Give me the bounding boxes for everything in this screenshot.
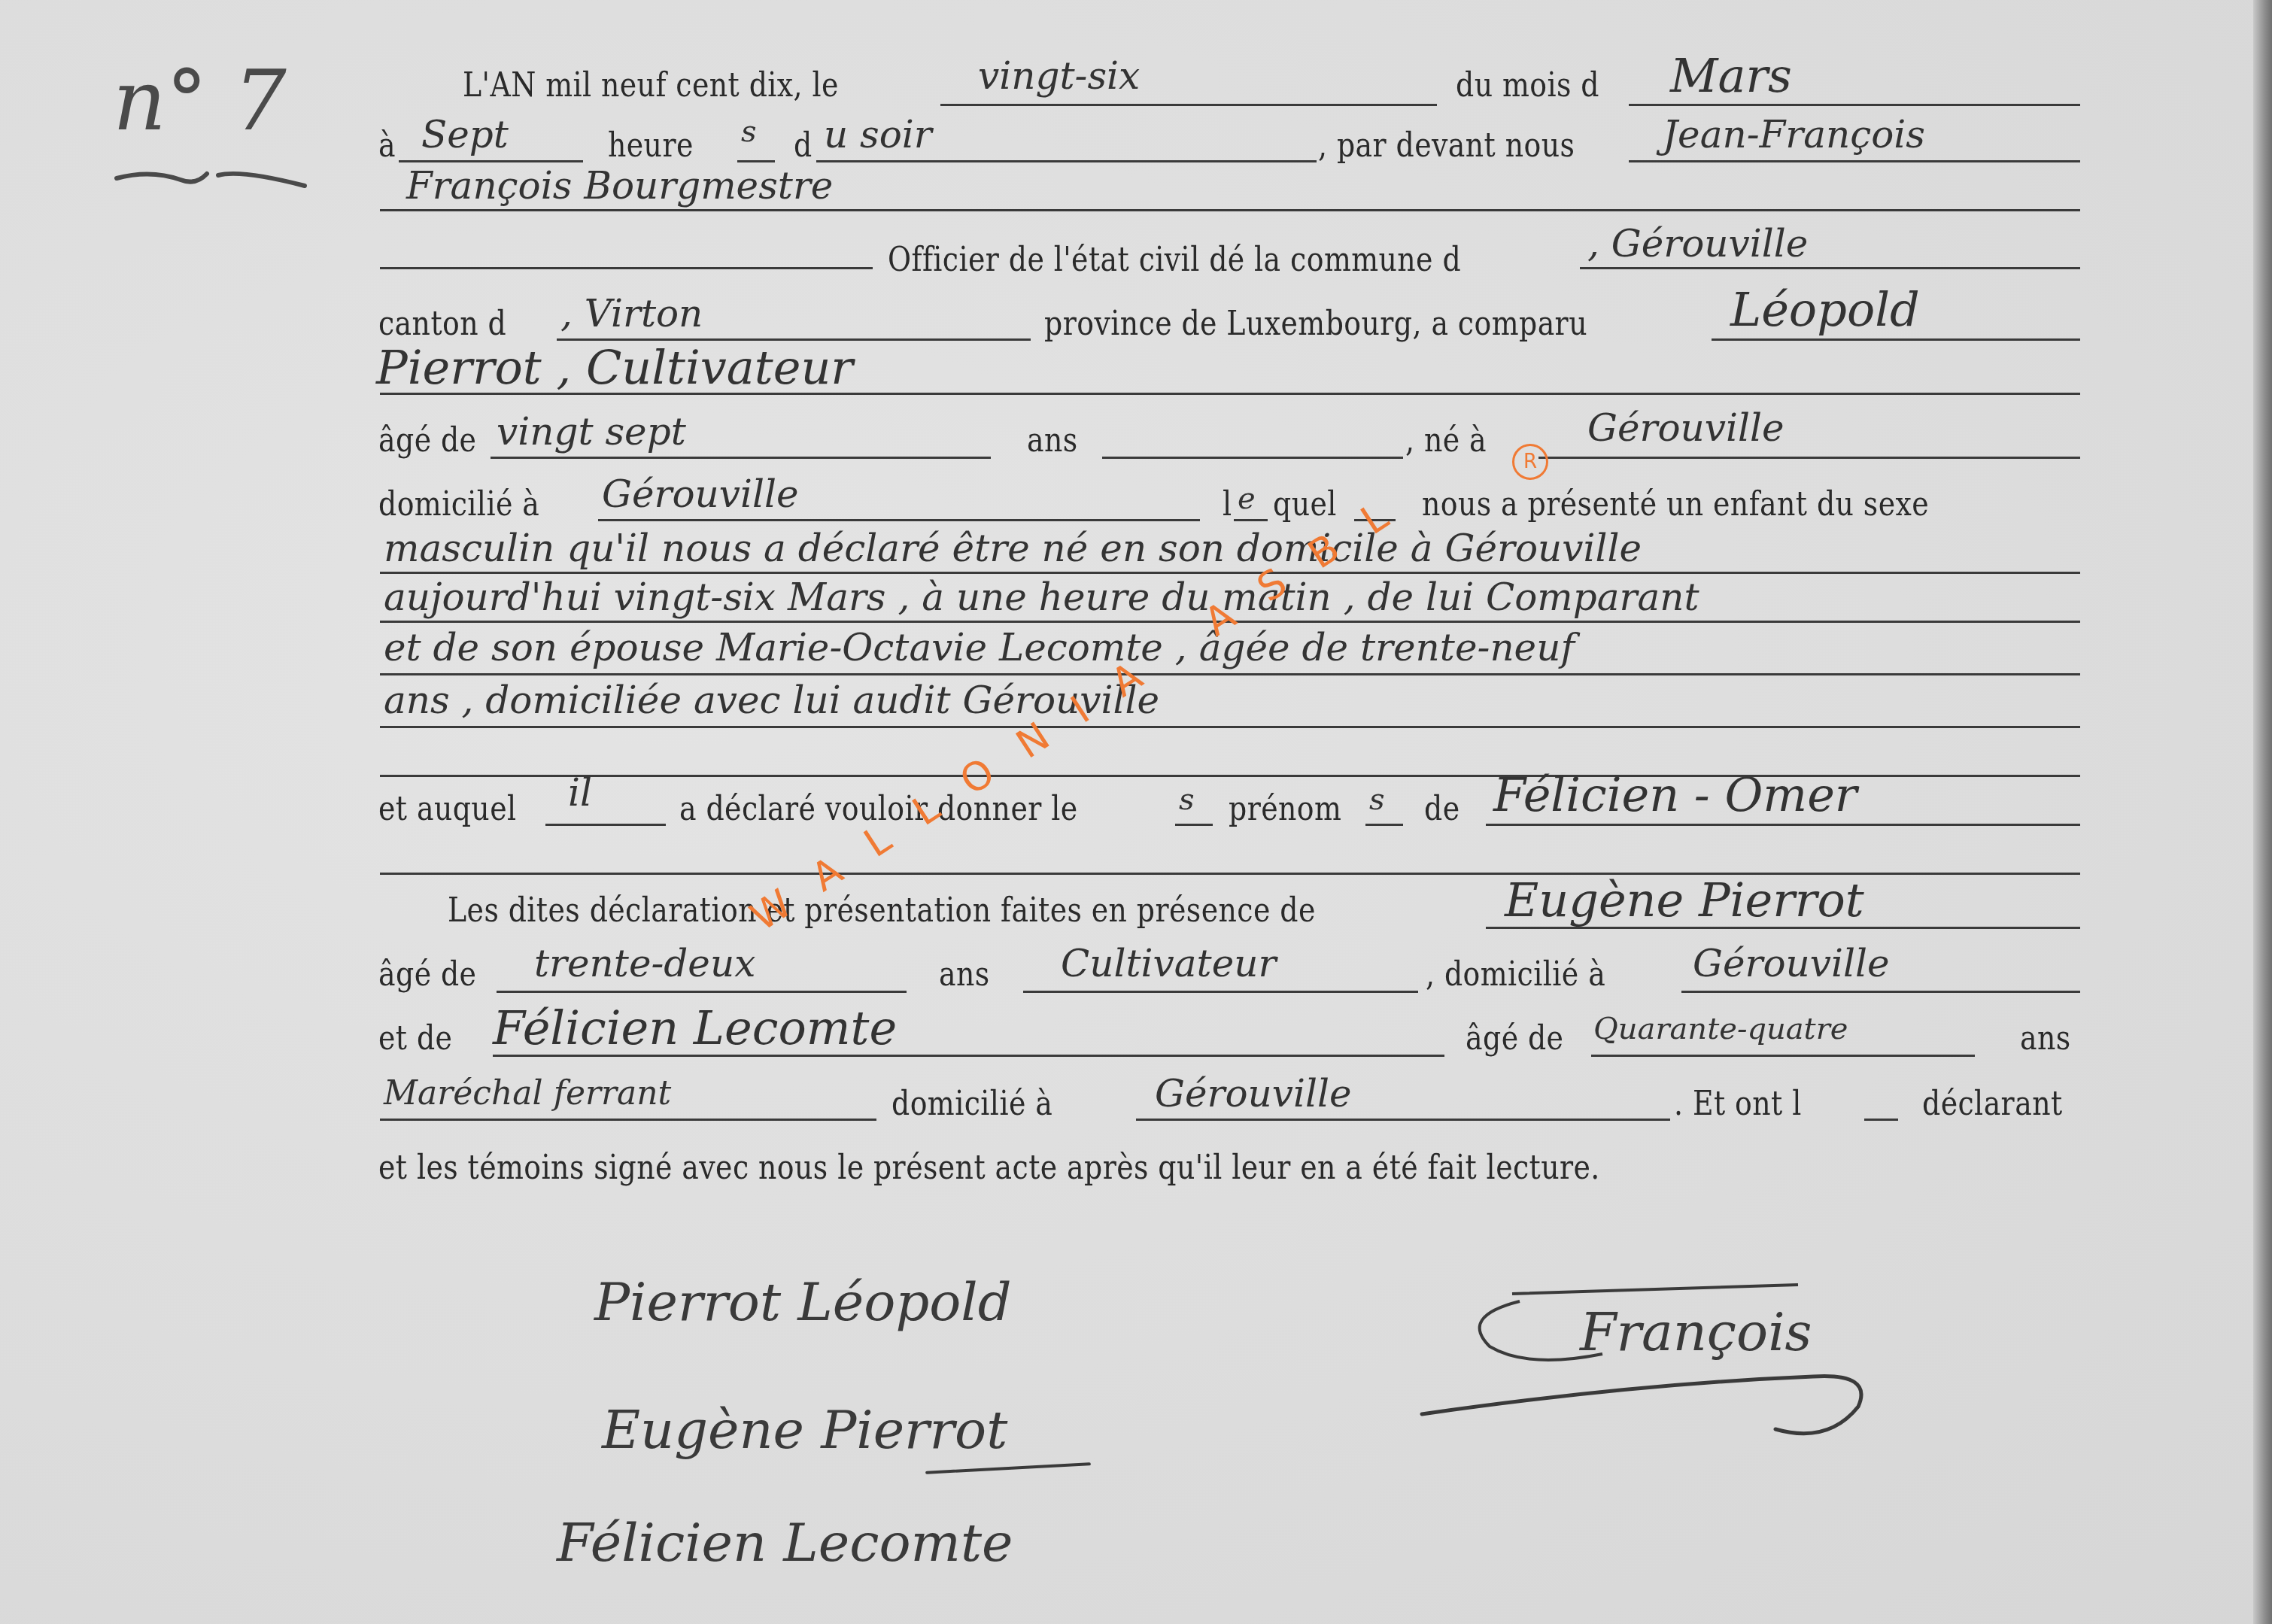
- printed-line-8a: domicilié à: [378, 485, 539, 524]
- printed-line-14c: prénom: [1229, 790, 1341, 828]
- printed-line-8c: quel: [1273, 485, 1337, 524]
- signature-flourish: [925, 1462, 1091, 1474]
- printed-line-17c: , domicilié à: [1426, 955, 1605, 994]
- signature-declarant: Pierrot Léopold: [594, 1271, 1012, 1333]
- handwritten-domicile: Gérouville: [602, 472, 799, 516]
- handwritten-period: u soir: [824, 113, 932, 156]
- handwritten-declarant-age: vingt sept: [497, 410, 686, 454]
- fill-line-witness-2-occupation: [380, 1119, 876, 1121]
- fill-line-witness-1-occupation: [1023, 991, 1418, 993]
- printed-line-7b: ans: [1027, 421, 1078, 460]
- fill-line-domicile: [598, 519, 1200, 521]
- handwritten-witness-2-domicile: Gérouville: [1155, 1072, 1352, 1116]
- act-number: n° 7: [113, 53, 287, 149]
- printed-line-4a: Officier de l'état civil dé la commune d: [888, 241, 1461, 279]
- fill-line-declarant-age: [491, 457, 991, 459]
- printed-line-8b: l: [1223, 485, 1232, 524]
- fill-line-birthplace: [1538, 457, 2080, 459]
- fill-line-narrative-3: [380, 673, 2080, 675]
- document-page: n° 7 L'AN mil neuf cent dix, le vingt-si…: [0, 0, 2253, 1624]
- handwritten-month: Mars: [1670, 48, 1792, 103]
- printed-line-8d: nous a présenté un enfant du sexe: [1422, 485, 1929, 524]
- fill-line-narrative-4: [380, 726, 2080, 728]
- handwritten-birthplace: Gérouville: [1587, 406, 1784, 450]
- fill-line-declarant-first: [1712, 338, 2080, 341]
- printed-line-5b: province de Luxembourg, a comparu: [1044, 305, 1587, 343]
- handwritten-day: vingt-six: [978, 54, 1140, 98]
- registered-mark-icon: R: [1512, 444, 1548, 480]
- page-edge: [2253, 0, 2272, 1624]
- handwritten-narrative-3: et de son épouse Marie-Octavie Lecomte ,…: [384, 626, 1575, 669]
- handwritten-il: il: [568, 771, 592, 815]
- fill-line-child-names: [1486, 824, 2080, 826]
- fill-line-officer-first: [1629, 160, 2080, 162]
- handwritten-witness-2: Félicien Lecomte: [493, 1000, 897, 1055]
- signature-officer-block: François: [1407, 1271, 1933, 1455]
- printed-line-2d: , par devant nous: [1318, 126, 1575, 165]
- printed-line-18a: et de: [378, 1019, 452, 1058]
- handwritten-officer-first: Jean-François: [1663, 113, 1925, 156]
- printed-line-17a: âgé de: [378, 955, 476, 994]
- fill-line-witness-2-domicile: [1136, 1119, 1670, 1121]
- handwritten-witness-1-domicile: Gérouville: [1693, 942, 1890, 985]
- fill-line-le: [1234, 519, 1268, 521]
- fill-line-prenoms: [1365, 824, 1403, 826]
- handwritten-plural-s: s: [741, 114, 757, 149]
- fill-line-month: [1629, 104, 2080, 106]
- fill-line-blank-2: [1102, 457, 1403, 459]
- handwritten-canton: , Virton: [560, 292, 703, 335]
- printed-line-7c: , né à: [1405, 421, 1487, 460]
- fill-line-witness-1-age: [497, 991, 907, 993]
- printed-line-18b: âgé de: [1466, 1019, 1563, 1058]
- printed-line-5a: canton d: [378, 305, 506, 343]
- fill-line-blank-1: [380, 267, 873, 269]
- printed-line-19b: . Et ont l: [1674, 1085, 1802, 1123]
- handwritten-narrative-2: aujourd'hui vingt-six Mars , à une heure…: [384, 575, 1699, 619]
- fill-line-witness-1-domicile: [1681, 991, 2080, 993]
- signature-witness-1: Eugène Pierrot: [602, 1399, 1007, 1461]
- handwritten-witness-1-age: trente-deux: [534, 942, 755, 985]
- printed-line-19c: déclarant: [1922, 1085, 2063, 1123]
- printed-line-1a: L'AN mil neuf cent dix, le: [463, 66, 839, 105]
- printed-line-2c: d: [794, 126, 813, 165]
- printed-line-17b: ans: [939, 955, 990, 994]
- printed-line-1b: du mois d: [1456, 66, 1599, 105]
- printed-line-18c: ans: [2020, 1019, 2071, 1058]
- handwritten-le: e: [1238, 481, 1256, 516]
- fill-line-les: [1175, 824, 1213, 826]
- handwritten-witness-1: Eugène Pierrot: [1505, 873, 1864, 927]
- handwritten-narrative-1: masculin qu'il nous a déclaré être né en…: [384, 527, 1642, 570]
- handwritten-declarant-first: Léopold: [1730, 282, 1920, 337]
- flourish-underline-icon: [113, 169, 308, 192]
- fill-line-officer-name: [380, 209, 2080, 211]
- handwritten-witness-1-occupation: Cultivateur: [1061, 942, 1276, 985]
- handwritten-commune: , Gérouville: [1587, 222, 1808, 266]
- fill-line-ont-le: [1864, 1119, 1898, 1121]
- fill-line-commune: [1580, 267, 2080, 269]
- printed-line-2a: à: [378, 126, 396, 165]
- signature-witness-2: Félicien Lecomte: [557, 1512, 1013, 1574]
- printed-line-16a: Les dites déclaration et présentation fa…: [448, 891, 1316, 930]
- fill-line-il: [545, 824, 666, 826]
- fill-line-plural: [737, 160, 775, 162]
- printed-line-19a: domicilié à: [891, 1085, 1052, 1123]
- handwritten-les: s: [1179, 782, 1195, 817]
- fill-line-witness-2-age: [1591, 1055, 1975, 1057]
- handwritten-officer-name: François Bourgmestre: [406, 164, 833, 208]
- printed-line-2b: heure: [608, 126, 694, 165]
- fill-line-day: [940, 104, 1437, 106]
- handwritten-declarant-name: Pierrot , Cultivateur: [376, 340, 853, 395]
- fill-line-narrative-1: [380, 572, 2080, 574]
- handwritten-prenoms-s: s: [1369, 782, 1385, 817]
- printed-line-20: et les témoins signé avec nous le présen…: [378, 1149, 1600, 1187]
- fill-line-period: [816, 160, 1317, 162]
- handwritten-hour: Sept: [421, 113, 509, 156]
- handwritten-child-names: Félicien - Omer: [1493, 767, 1857, 822]
- handwritten-witness-2-occupation: Maréchal ferrant: [384, 1074, 671, 1113]
- fill-line-hour: [399, 160, 583, 162]
- printed-line-14a: et auquel: [378, 790, 517, 828]
- signature-officer: François: [1580, 1301, 1812, 1363]
- printed-line-14d: de: [1424, 790, 1459, 828]
- printed-line-7a: âgé de: [378, 421, 476, 460]
- handwritten-witness-2-age: Quarante-quatre: [1593, 1012, 1848, 1046]
